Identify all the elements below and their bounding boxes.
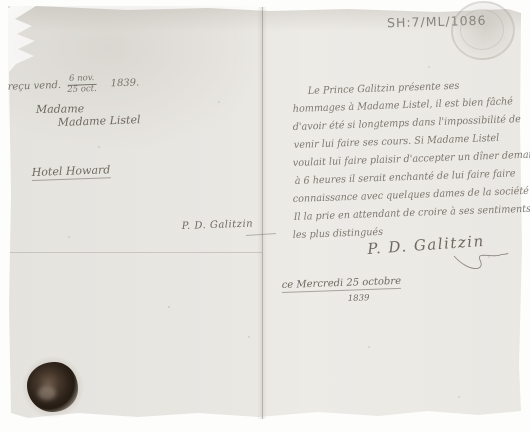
vertical-fold-line [262,7,263,419]
hotel-address: Hotel Howard [31,163,110,181]
horizontal-crease-line [10,252,262,253]
letter-date-year: 1839 [348,293,370,304]
paper-specks [8,6,10,8]
scanned-letter-page: SH:7/ML/1086 reçu vend.6 nov.25 oct.1839… [0,0,530,432]
signature-flourish-icon [452,250,510,274]
wax-seal-highlight [38,386,56,400]
embossed-stamp-inner-ring [460,9,504,50]
received-date-old-style: 25 oct. [67,85,97,96]
received-year: 1839. [110,77,139,89]
received-note-prefix: reçu vend. [7,80,61,93]
addressee-title: Madame [36,102,85,116]
received-date-fraction: 6 nov.25 oct. [67,74,97,96]
